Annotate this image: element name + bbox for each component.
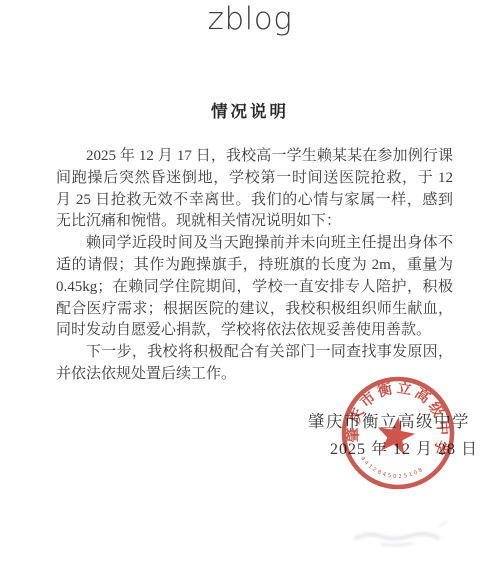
document-title: 情况说明 [0, 98, 500, 122]
seal-code: 4412845025108 [357, 455, 427, 485]
faint-watermark [352, 520, 452, 552]
seal-star-icon [374, 414, 418, 456]
official-seal-graphic: 肇庆市衡立高级中学 4412845025108 [338, 373, 458, 493]
official-seal: 肇庆市衡立高级中学 4412845025108 [338, 373, 458, 493]
document-paragraph: 2025 年 12 月 17 日，我校高一学生赖某某在参加例行课间跑操后突然昏迷… [56, 146, 453, 233]
site-title[interactable]: zblog [208, 1, 293, 37]
document-paragraph: 赖同学近段时间及当天跑操前并未向班主任提出身体不适的请假；其作为跑操旗手，持班旗… [56, 233, 453, 342]
document-body: 2025 年 12 月 17 日，我校高一学生赖某某在参加例行课间跑操后突然昏迷… [56, 146, 453, 386]
site-header: zblog [0, 0, 500, 44]
